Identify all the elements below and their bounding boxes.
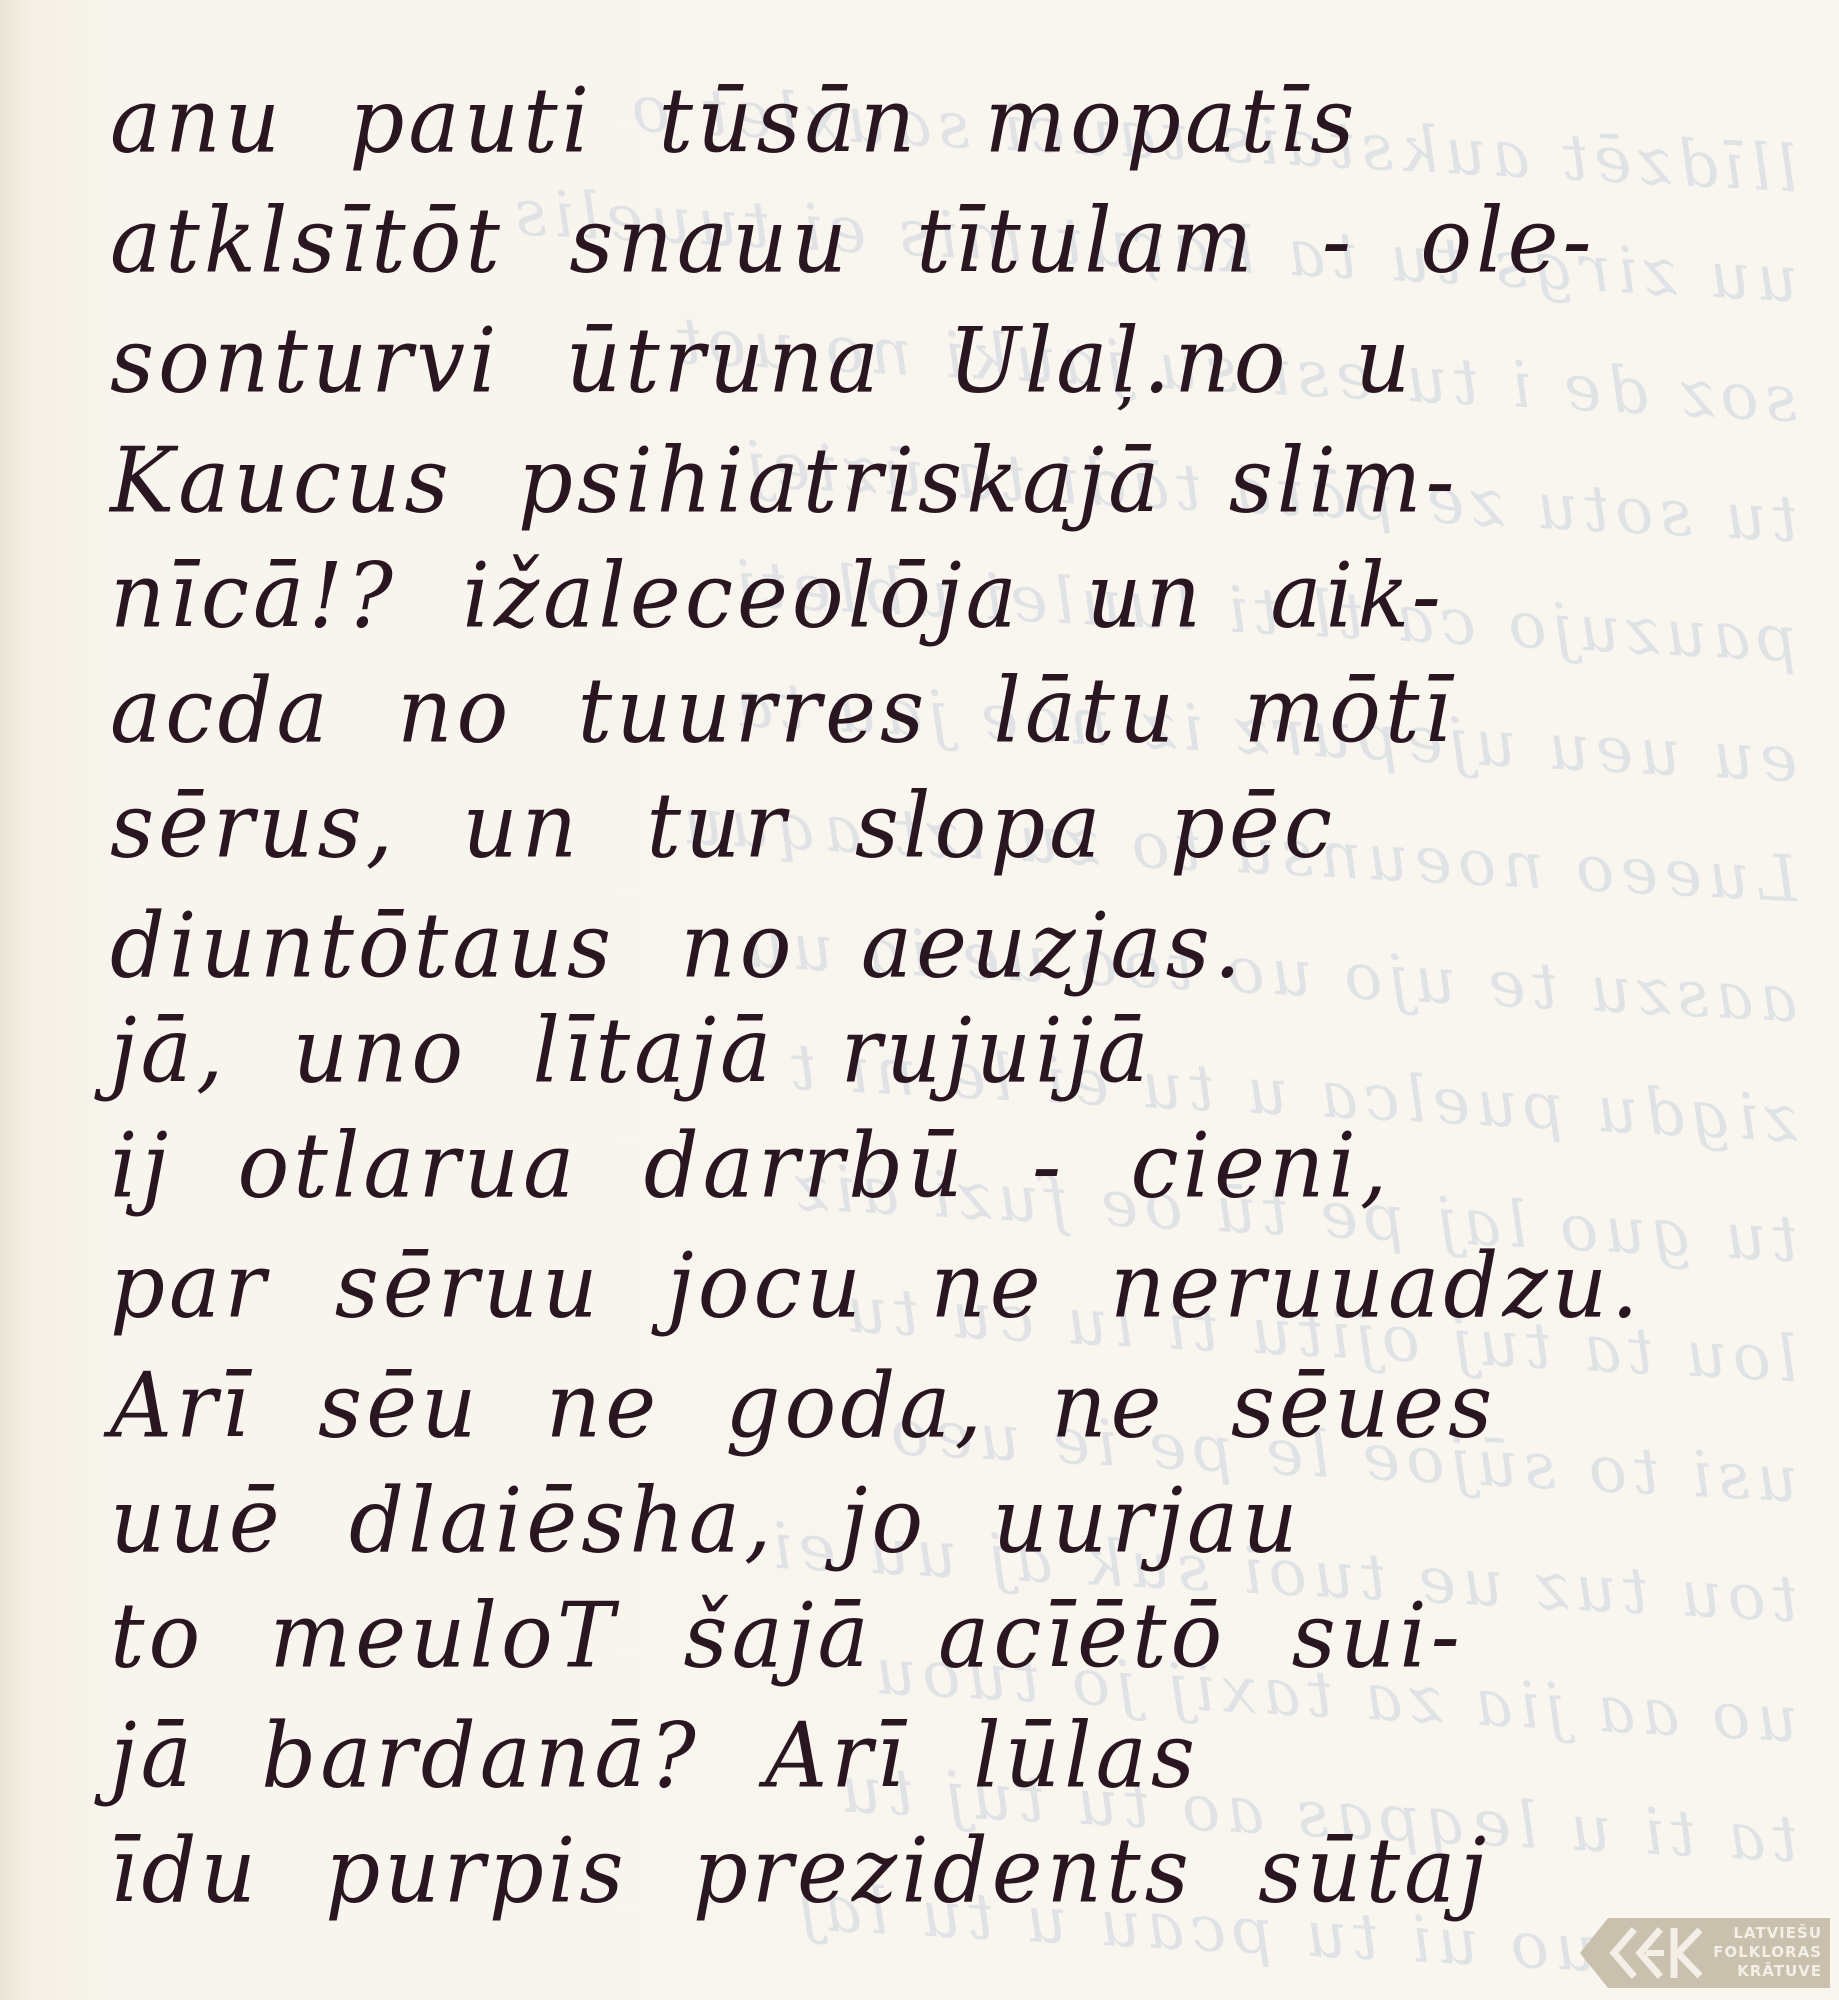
handwritten-line: par sēruu jocu ne neruuadzu.	[110, 1241, 1643, 1331]
handwritten-line: uuē dlaiēsha, jo uurjau	[110, 1476, 1302, 1566]
handwritten-line: acda no tuurres lātu mōtī	[110, 666, 1455, 756]
handwritten-line: ij otlarua darrbū - cieni,	[110, 1121, 1391, 1211]
handwritten-line: nīcā!? ižaleceolōja un aik-	[110, 551, 1445, 641]
logo-line-1: LATVIEŠU	[1710, 1924, 1822, 1943]
logo-line-2: FOLKLORAS	[1710, 1943, 1822, 1962]
manuscript-page: anu pauti tūsān mopatīs atklsītōt snauu …	[0, 0, 1839, 2000]
handwritten-line: Kaucus psihiatriskajā slim-	[110, 436, 1459, 526]
handwritten-line: Arī sēu ne goda, ne sēues	[110, 1361, 1496, 1451]
handwritten-line: sonturvi ūtruna Ulaļ.no u	[110, 316, 1414, 406]
handwritten-line: anu pauti tūsān mopatīs	[110, 76, 1358, 166]
lfk-logo-text: LATVIEŠU FOLKLORAS KRĀTUVE	[1710, 1924, 1822, 1981]
handwritten-line: jā, uno lītajā rujuijā	[110, 1006, 1153, 1096]
handwritten-line: atklsītōt snauu tītulam - ole-	[110, 196, 1596, 286]
logo-line-3: KRĀTUVE	[1710, 1962, 1822, 1981]
handwritten-line: sērus, un tur slopa pēc	[110, 781, 1336, 871]
handwritten-line: īdu purpis prezidents sūtaj	[110, 1826, 1490, 1916]
lfk-watermark-logo: LATVIEŠU FOLKLORAS KRĀTUVE	[1580, 1918, 1830, 1988]
handwritten-line: diuntōtaus no aeuzjas.	[110, 901, 1245, 991]
handwritten-line: to meuloT šajā acīētō sui-	[110, 1591, 1464, 1681]
handwritten-line: jā bardanā? Arī lūlas	[110, 1711, 1199, 1801]
